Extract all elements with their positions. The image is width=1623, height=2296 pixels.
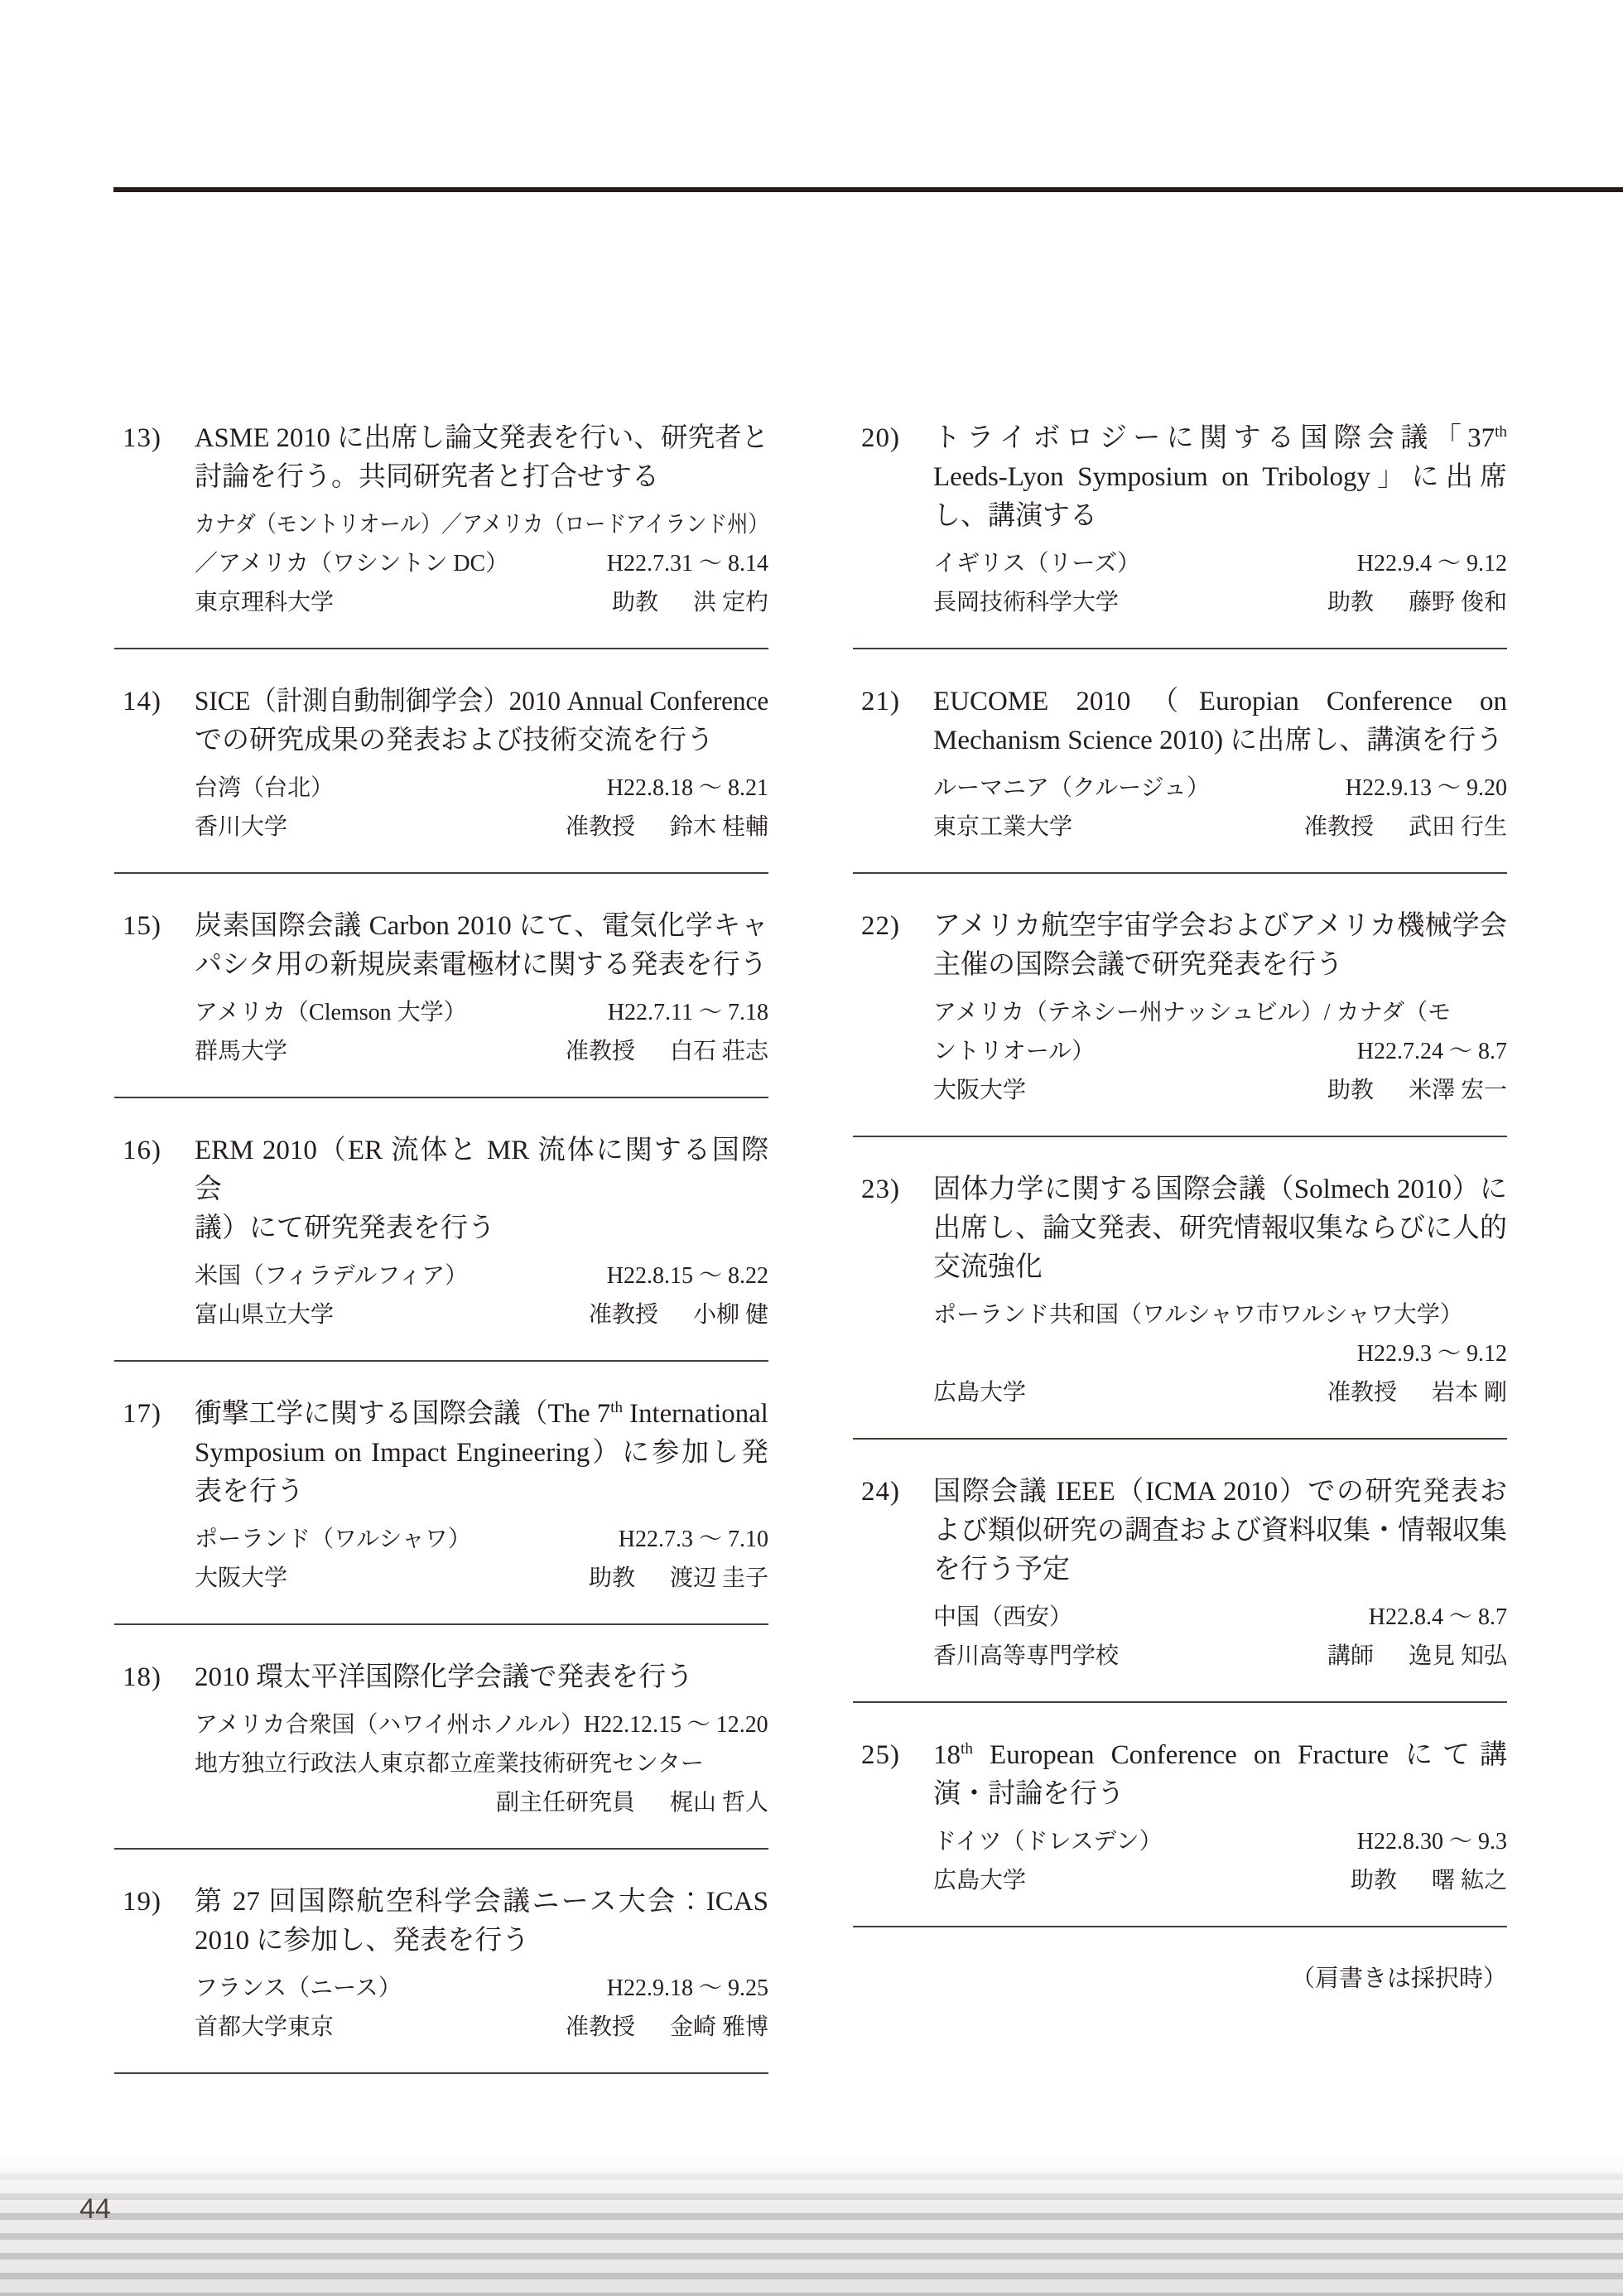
- organization: 東京理科大学: [195, 583, 334, 622]
- superscript: th: [961, 1740, 973, 1758]
- organization: 群馬大学: [195, 1032, 287, 1071]
- description-line: EUCOME 2010（Europian Conference on: [933, 683, 1507, 721]
- person: 准教授小柳 健: [589, 1295, 768, 1334]
- location-date-line: 米国（フィラデルフィア）H22.8.15 ～ 8.22: [195, 1257, 768, 1295]
- document-page: 13) ASME 2010 に出席し論文発表を行い、研究者と 討論を行う。共同研…: [0, 0, 1623, 2296]
- description-line: ASME 2010 に出席し論文発表を行い、研究者と: [195, 419, 761, 458]
- entry-13: 13) ASME 2010 に出席し論文発表を行い、研究者と 討論を行う。共同研…: [114, 419, 768, 649]
- footnote: （肩書きは採択時）: [853, 1961, 1507, 1997]
- travel-dates: H22.7.3 ～ 7.10: [619, 1520, 768, 1559]
- entry-16: 16) ERM 2010（ER 流体と MR 流体に関する国際会 議）にて研究発…: [114, 1131, 768, 1362]
- entry-description: 固体力学に関する国際会議（Solmech 2010）に 出席し、論文発表、研究情…: [933, 1170, 1507, 1287]
- organization: 香川高等専門学校: [933, 1637, 1119, 1676]
- travel-dates: H22.9.4 ～ 9.12: [1357, 544, 1507, 583]
- description-line: での研究成果の発表および技術交流を行う: [195, 721, 768, 760]
- person: 副主任研究員梶山 哲人: [496, 1783, 768, 1822]
- description-line: 主催の国際会議で研究発表を行う: [933, 946, 1507, 985]
- top-rule: [113, 187, 1623, 192]
- description-line: 2010 に参加し、発表を行う: [195, 1922, 768, 1961]
- travel-dates: H22.7.31 ～ 8.14: [607, 544, 768, 583]
- organization: 地方独立行政法人東京都立産業技術研究センター: [195, 1744, 704, 1783]
- organization: 長岡技術科学大学: [933, 583, 1119, 622]
- location-date-line: 台湾（台北）H22.8.18 ～ 8.21: [195, 769, 768, 808]
- affiliation-line: 大阪大学助教渡辺 圭子: [195, 1559, 768, 1598]
- person: 助教曙 紘之: [1351, 1861, 1507, 1900]
- location: ルーマニア（クルージュ）: [933, 769, 1210, 808]
- description-line: 固体力学に関する国際会議（Solmech 2010）に: [933, 1170, 1507, 1209]
- description-line: 議）にて研究発表を行う: [195, 1209, 768, 1248]
- organization: 香川大学: [195, 808, 287, 847]
- entry-details: アメリカ（Clemson 大学）H22.7.11 ～ 7.18 群馬大学准教授白…: [195, 993, 768, 1071]
- entry-details: アメリカ（テネシー州ナッシュビル）/ カナダ（モ ントリオール）H22.7.24…: [933, 993, 1507, 1110]
- entry-number: 16): [123, 1131, 161, 1170]
- person-name: 渡辺 圭子: [670, 1559, 768, 1598]
- entry-details: イギリス（リーズ）H22.9.4 ～ 9.12 長岡技術科学大学助教藤野 俊和: [933, 544, 1507, 622]
- affiliation-line: 富山県立大学准教授小柳 健: [195, 1295, 768, 1334]
- travel-dates: H22.8.4 ～ 8.7: [1369, 1598, 1507, 1637]
- separator-line: [114, 872, 768, 874]
- location-date-line: アメリカ合衆国（ハワイ州ホノルル）H22.12.15 ～ 12.20: [195, 1705, 767, 1744]
- person: 助教洪 定杓: [612, 583, 768, 622]
- person-name: 小柳 健: [693, 1295, 768, 1334]
- affiliation-line: 東京工業大学准教授武田 行生: [933, 808, 1507, 847]
- organization: 東京工業大学: [933, 808, 1072, 847]
- footer-stripes: [0, 2154, 1623, 2296]
- left-column: 13) ASME 2010 に出席し論文発表を行い、研究者と 討論を行う。共同研…: [114, 419, 768, 2107]
- right-column: 20) トライボロジーに関する国際会議「37th Leeds-Lyon Symp…: [853, 419, 1507, 1997]
- entry-details: アメリカ合衆国（ハワイ州ホノルル）H22.12.15 ～ 12.20 地方独立行…: [195, 1705, 768, 1822]
- description-line: 討論を行う。共同研究者と打合せする: [195, 458, 768, 497]
- job-title: 助教: [612, 583, 658, 622]
- separator-line: [853, 872, 1507, 874]
- entry-details: ドイツ（ドレスデン）H22.8.30 ～ 9.3 広島大学助教曙 紘之: [933, 1822, 1507, 1900]
- description-line: 出席し、論文発表、研究情報収集ならびに人的: [933, 1209, 1507, 1248]
- organization: 首都大学東京: [195, 2008, 334, 2047]
- location: アメリカ（テネシー州ナッシュビル）/ カナダ（モ: [933, 993, 1451, 1032]
- entry-details: ポーランド共和国（ワルシャワ市ワルシャワ大学） H22.9.3 ～ 9.12 広…: [933, 1295, 1507, 1412]
- entry-23: 23) 固体力学に関する国際会議（Solmech 2010）に 出席し、論文発表…: [853, 1170, 1507, 1440]
- separator-line: [114, 1623, 768, 1625]
- separator-line: [853, 1136, 1507, 1137]
- person-name: 洪 定杓: [693, 583, 768, 622]
- separator-line: [853, 1701, 1507, 1703]
- location: ポーランド（ワルシャワ）: [195, 1520, 471, 1559]
- job-title: 准教授: [566, 808, 635, 847]
- entry-21: 21) EUCOME 2010（Europian Conference on M…: [853, 683, 1507, 874]
- organization: 大阪大学: [195, 1559, 287, 1598]
- location-line: ポーランド共和国（ワルシャワ市ワルシャワ大学）: [933, 1295, 1507, 1334]
- job-title: 助教: [589, 1559, 635, 1598]
- person-name: 岩本 剛: [1432, 1373, 1507, 1412]
- travel-dates: H22.8.18 ～ 8.21: [607, 769, 768, 808]
- entry-description: SICE（計測自動制御学会）2010 Annual Conference での研…: [195, 683, 768, 760]
- location-line: カナダ（モントリオール）／アメリカ（ロードアイランド州）: [195, 505, 707, 544]
- person-name: 梶山 哲人: [670, 1783, 768, 1822]
- location-date-line: アメリカ（Clemson 大学）H22.7.11 ～ 7.18: [195, 993, 768, 1032]
- entry-description: ASME 2010 に出席し論文発表を行い、研究者と 討論を行う。共同研究者と打…: [195, 419, 768, 497]
- description-line: 炭素国際会議 Carbon 2010 にて、電気化学キャ: [195, 907, 768, 946]
- affiliation-line: 東京理科大学助教洪 定杓: [195, 583, 768, 622]
- job-title: 助教: [1351, 1861, 1397, 1900]
- description-line: アメリカ航空宇宙学会およびアメリカ機械学会: [933, 907, 1507, 946]
- description-line: 演・討論を行う: [933, 1775, 1507, 1814]
- person-name: 鈴木 桂輔: [670, 808, 768, 847]
- location-date-line: ントリオール）H22.7.24 ～ 8.7: [933, 1032, 1507, 1071]
- travel-dates: H22.8.15 ～ 8.22: [607, 1257, 768, 1295]
- organization: 広島大学: [933, 1373, 1026, 1412]
- location: 台湾（台北）: [195, 769, 334, 808]
- entry-number: 14): [123, 683, 161, 721]
- description-line: を行う予定: [933, 1551, 1507, 1589]
- person: 准教授金崎 雅博: [566, 2008, 768, 2047]
- entry-18: 18) 2010 環太平洋国際化学会議で発表を行う アメリカ合衆国（ハワイ州ホノ…: [114, 1658, 768, 1850]
- affiliation-line: 地方独立行政法人東京都立産業技術研究センター: [195, 1744, 768, 1783]
- location-date-line: ／アメリカ（ワシントン DC）H22.7.31 ～ 8.14: [195, 544, 768, 583]
- description-line: し、講演する: [933, 497, 1507, 536]
- description-line: 第 27 回国際航空科学会議ニース大会：ICAS: [195, 1883, 768, 1922]
- separator-line: [114, 648, 768, 649]
- affiliation-line: 広島大学准教授岩本 剛: [933, 1373, 1507, 1412]
- location-date-line: 中国（西安）H22.8.4 ～ 8.7: [933, 1598, 1507, 1637]
- affiliation-line: 香川高等専門学校講師逸見 知弘: [933, 1637, 1507, 1676]
- entry-number: 15): [123, 907, 161, 946]
- description-line: トライボロジーに関する国際会議「37th: [933, 419, 1507, 458]
- entry-description: トライボロジーに関する国際会議「37th Leeds-Lyon Symposiu…: [933, 419, 1507, 536]
- location: 中国（西安）: [933, 1598, 1072, 1637]
- separator-line: [853, 1926, 1507, 1927]
- affiliation-line: 大阪大学助教米澤 宏一: [933, 1071, 1507, 1110]
- location: アメリカ合衆国（ハワイ州ホノルル）: [195, 1705, 584, 1744]
- date-line: H22.9.3 ～ 9.12: [933, 1334, 1507, 1373]
- travel-dates: H22.9.13 ～ 9.20: [1346, 769, 1507, 808]
- person-name: 藤野 俊和: [1409, 583, 1507, 622]
- entry-details: 中国（西安）H22.8.4 ～ 8.7 香川高等専門学校講師逸見 知弘: [933, 1598, 1507, 1676]
- entry-number: 20): [861, 419, 900, 458]
- affiliation-line: 香川大学准教授鈴木 桂輔: [195, 808, 768, 847]
- description-line: 表を行う: [195, 1473, 768, 1512]
- organization: 富山県立大学: [195, 1295, 334, 1334]
- location: 米国（フィラデルフィア）: [195, 1257, 468, 1295]
- entry-number: 13): [123, 419, 161, 458]
- person-name: 金崎 雅博: [670, 2008, 768, 2047]
- person: 准教授鈴木 桂輔: [566, 808, 768, 847]
- entry-description: 国際会議 IEEE（ICMA 2010）での研究発表お よび類似研究の調査および…: [933, 1473, 1507, 1589]
- entry-description: ERM 2010（ER 流体と MR 流体に関する国際会 議）にて研究発表を行う: [195, 1131, 768, 1248]
- affiliation-line: 広島大学助教曙 紘之: [933, 1861, 1507, 1900]
- description-line: ERM 2010（ER 流体と MR 流体に関する国際会: [195, 1131, 768, 1209]
- entry-number: 24): [861, 1473, 900, 1512]
- separator-line: [114, 1360, 768, 1362]
- travel-dates: H22.9.18 ～ 9.25: [607, 1969, 768, 2008]
- job-title: 准教授: [589, 1295, 658, 1334]
- travel-dates: H22.12.15 ～ 12.20: [584, 1705, 768, 1744]
- location-date-line: ルーマニア（クルージュ）H22.9.13 ～ 9.20: [933, 769, 1507, 808]
- separator-line: [114, 1848, 768, 1850]
- person: 助教渡辺 圭子: [589, 1559, 768, 1598]
- separator-line: [114, 1097, 768, 1098]
- superscript: th: [1495, 423, 1507, 441]
- job-title: 副主任研究員: [496, 1783, 635, 1822]
- separator-line: [114, 2072, 768, 2074]
- entry-details: ポーランド（ワルシャワ）H22.7.3 ～ 7.10 大阪大学助教渡辺 圭子: [195, 1520, 768, 1598]
- entry-24: 24) 国際会議 IEEE（ICMA 2010）での研究発表お よび類似研究の調…: [853, 1473, 1507, 1703]
- entry-number: 25): [861, 1736, 900, 1775]
- entry-description: EUCOME 2010（Europian Conference on Mecha…: [933, 683, 1507, 760]
- location-date-line: ポーランド（ワルシャワ）H22.7.3 ～ 7.10: [195, 1520, 768, 1559]
- job-title: 講師: [1327, 1637, 1374, 1676]
- description-line: Symposium on Impact Engineering）に参加し発: [195, 1434, 768, 1473]
- affiliation-line: 群馬大学准教授白石 荘志: [195, 1032, 768, 1071]
- travel-dates: H22.7.11 ～ 7.18: [608, 993, 768, 1032]
- person: 講師逸見 知弘: [1327, 1637, 1507, 1676]
- person: 准教授白石 荘志: [566, 1032, 768, 1071]
- job-title: 准教授: [566, 2008, 635, 2047]
- person-name: 逸見 知弘: [1409, 1637, 1507, 1676]
- entry-description: 18th European Conference on Fracture にて講…: [933, 1736, 1507, 1814]
- description-line: 2010 環太平洋国際化学会議で発表を行う: [195, 1658, 768, 1697]
- travel-dates: H22.9.3 ～ 9.12: [1357, 1334, 1507, 1373]
- entry-14: 14) SICE（計測自動制御学会）2010 Annual Conference…: [114, 683, 768, 874]
- entry-number: 19): [123, 1883, 161, 1922]
- person-name: 武田 行生: [1409, 808, 1507, 847]
- location-date-line: イギリス（リーズ）H22.9.4 ～ 9.12: [933, 544, 1507, 583]
- person-name: 米澤 宏一: [1409, 1071, 1507, 1110]
- location: ントリオール）: [933, 1032, 1095, 1071]
- entry-19: 19) 第 27 回国際航空科学会議ニース大会：ICAS 2010 に参加し、発…: [114, 1883, 768, 2074]
- separator-line: [853, 648, 1507, 649]
- entry-description: 第 27 回国際航空科学会議ニース大会：ICAS 2010 に参加し、発表を行う: [195, 1883, 768, 1961]
- entry-17: 17) 衝撃工学に関する国際会議（The 7th International S…: [114, 1395, 768, 1625]
- job-title: 准教授: [1327, 1373, 1397, 1412]
- location: ドイツ（ドレスデン）: [933, 1822, 1163, 1861]
- location-date-line: ドイツ（ドレスデン）H22.8.30 ～ 9.3: [933, 1822, 1507, 1861]
- entry-number: 22): [861, 907, 900, 946]
- location: フランス（ニース）: [195, 1969, 402, 2008]
- superscript: th: [610, 1399, 623, 1416]
- entry-details: 米国（フィラデルフィア）H22.8.15 ～ 8.22 富山県立大学准教授小柳 …: [195, 1257, 768, 1334]
- entry-details: 台湾（台北）H22.8.18 ～ 8.21 香川大学准教授鈴木 桂輔: [195, 769, 768, 847]
- job-title: 准教授: [1304, 808, 1374, 847]
- location: イギリス（リーズ）: [933, 544, 1140, 583]
- entry-details: ルーマニア（クルージュ）H22.9.13 ～ 9.20 東京工業大学准教授武田 …: [933, 769, 1507, 847]
- location: ポーランド共和国（ワルシャワ市ワルシャワ大学）: [933, 1295, 1463, 1334]
- location: アメリカ（Clemson 大学）: [195, 993, 467, 1032]
- page-number: 44: [79, 2193, 111, 2225]
- description-line: SICE（計測自動制御学会）2010 Annual Conference: [195, 683, 737, 721]
- description-line: Mechanism Science 2010) に出席し、講演を行う: [933, 721, 1507, 760]
- job-title: 助教: [1327, 1071, 1374, 1110]
- job-title: 助教: [1327, 583, 1374, 622]
- person-name: 白石 荘志: [670, 1032, 768, 1071]
- location: ／アメリカ（ワシントン DC）: [195, 544, 508, 583]
- entry-number: 21): [861, 683, 900, 721]
- location-date-line: フランス（ニース）H22.9.18 ～ 9.25: [195, 1969, 768, 2008]
- description-line: よび類似研究の調査および資料収集・情報収集: [933, 1512, 1507, 1551]
- description-line: 交流強化: [933, 1248, 1507, 1287]
- entry-description: 衝撃工学に関する国際会議（The 7th International Sympo…: [195, 1395, 768, 1512]
- job-title: 准教授: [566, 1032, 635, 1071]
- entry-22: 22) アメリカ航空宇宙学会およびアメリカ機械学会 主催の国際会議で研究発表を行…: [853, 907, 1507, 1137]
- person: 助教藤野 俊和: [1327, 583, 1507, 622]
- person: 准教授岩本 剛: [1327, 1373, 1507, 1412]
- entry-number: 18): [123, 1658, 161, 1697]
- affiliation-line: 首都大学東京准教授金崎 雅博: [195, 2008, 768, 2047]
- person: 准教授武田 行生: [1304, 808, 1507, 847]
- person-line: 副主任研究員梶山 哲人: [195, 1783, 768, 1822]
- entry-details: カナダ（モントリオール）／アメリカ（ロードアイランド州） ／アメリカ（ワシントン…: [195, 505, 768, 622]
- description-line: 18th European Conference on Fracture にて講: [933, 1736, 1507, 1775]
- location-line: アメリカ（テネシー州ナッシュビル）/ カナダ（モ: [933, 993, 1507, 1032]
- description-line: 衝撃工学に関する国際会議（The 7th International: [195, 1395, 765, 1434]
- entry-description: 炭素国際会議 Carbon 2010 にて、電気化学キャ パシタ用の新規炭素電極…: [195, 907, 768, 985]
- description-line: 国際会議 IEEE（ICMA 2010）での研究発表お: [933, 1473, 1507, 1512]
- person: 助教米澤 宏一: [1327, 1071, 1507, 1110]
- description-line: パシタ用の新規炭素電極材に関する発表を行う: [195, 946, 768, 985]
- entry-25: 25) 18th European Conference on Fracture…: [853, 1736, 1507, 1927]
- separator-line: [853, 1438, 1507, 1440]
- travel-dates: H22.8.30 ～ 9.3: [1357, 1822, 1507, 1861]
- entry-details: フランス（ニース）H22.9.18 ～ 9.25 首都大学東京准教授金崎 雅博: [195, 1969, 768, 2047]
- entry-number: 23): [861, 1170, 900, 1209]
- description-line: Leeds-Lyon Symposium on Tribology」に出席: [933, 458, 1507, 497]
- entry-15: 15) 炭素国際会議 Carbon 2010 にて、電気化学キャ パシタ用の新規…: [114, 907, 768, 1098]
- entry-description: アメリカ航空宇宙学会およびアメリカ機械学会 主催の国際会議で研究発表を行う: [933, 907, 1507, 985]
- entry-20: 20) トライボロジーに関する国際会議「37th Leeds-Lyon Symp…: [853, 419, 1507, 649]
- organization: 大阪大学: [933, 1071, 1026, 1110]
- organization: 広島大学: [933, 1861, 1026, 1900]
- affiliation-line: 長岡技術科学大学助教藤野 俊和: [933, 583, 1507, 622]
- entry-number: 17): [123, 1395, 161, 1434]
- person-name: 曙 紘之: [1432, 1861, 1507, 1900]
- travel-dates: H22.7.24 ～ 8.7: [1357, 1032, 1507, 1071]
- location: カナダ（モントリオール）／アメリカ（ロードアイランド州）: [195, 505, 768, 544]
- entry-description: 2010 環太平洋国際化学会議で発表を行う: [195, 1658, 768, 1697]
